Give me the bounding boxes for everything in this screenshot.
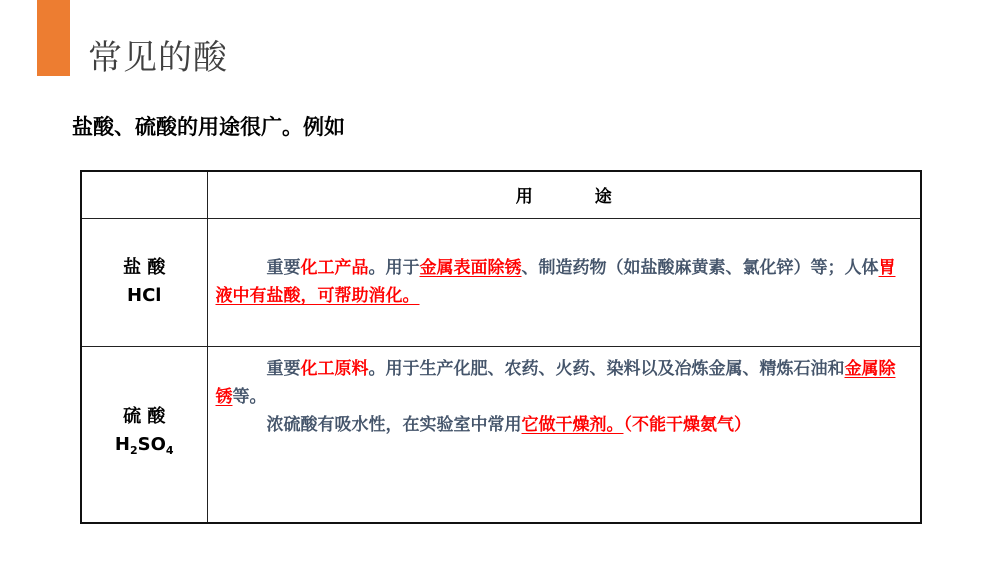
acid-uses-cell-hcl: 重要化工产品。用于金属表面除锈、制造药物（如盐酸麻黄素、氯化锌）等；人体胃液中有…	[207, 218, 921, 346]
use-paragraph-1: 重要化工原料。用于生产化肥、农药、火药、染料以及冶炼金属、精炼石油和金属除锈等。	[216, 355, 913, 411]
acid-uses-table: 用途 盐 酸 HCl 重要化工产品。用于金属表面除锈、制造药物（如盐酸麻黄素、氯…	[80, 170, 922, 524]
title-accent-bar	[37, 0, 70, 76]
use-highlight-underlined: 金属表面除锈	[420, 258, 522, 278]
acid-name-cell-h2so4: 硫 酸 H2SO4	[81, 346, 207, 523]
acid-formula: HCl	[82, 282, 207, 310]
formula-subscript: 2	[130, 444, 138, 457]
formula-part: SO	[138, 434, 166, 455]
formula-subscript: 4	[166, 444, 174, 457]
acid-name-cell-hcl: 盐 酸 HCl	[81, 218, 207, 346]
slide-title: 常见的酸	[88, 36, 228, 80]
header-empty-cell	[81, 171, 207, 218]
use-paragraph-2: 浓硫酸有吸水性，在实验室中常用它做干燥剂。（不能干燥氨气）	[216, 411, 913, 439]
use-text: 等。	[233, 387, 267, 407]
acid-uses-cell-h2so4: 重要化工原料。用于生产化肥、农药、火药、染料以及冶炼金属、精炼石油和金属除锈等。…	[207, 346, 921, 523]
use-text: 。用于	[369, 258, 420, 278]
table-row-h2so4: 硫 酸 H2SO4 重要化工原料。用于生产化肥、农药、火药、染料以及冶炼金属、精…	[81, 346, 921, 523]
header-uses-char2: 途	[595, 182, 612, 207]
header-uses-char1: 用	[516, 182, 533, 207]
use-text: 。用于生产化肥、农药、火药、染料以及冶炼金属、精炼石油和	[369, 359, 845, 379]
slide-subtitle: 盐酸、硫酸的用途很广。例如	[72, 113, 345, 141]
table-row-hcl: 盐 酸 HCl 重要化工产品。用于金属表面除锈、制造药物（如盐酸麻黄素、氯化锌）…	[81, 218, 921, 346]
use-highlight: 化工产品	[301, 258, 369, 278]
acid-formula: H2SO4	[82, 431, 207, 465]
use-highlight: 化工原料	[301, 359, 369, 379]
use-text: 、制造药物（如盐酸麻黄素、氯化锌）等；人体	[522, 258, 879, 278]
use-text: 重要	[267, 258, 301, 278]
formula-part: H	[115, 434, 130, 455]
use-highlight: （不能干燥氨气）	[624, 415, 752, 435]
use-text: 浓硫酸有吸水性，在实验室中常用	[267, 415, 522, 435]
acid-name: 硫 酸	[82, 403, 207, 431]
header-uses-cell: 用途	[207, 171, 921, 218]
table-header-row: 用途	[81, 171, 921, 218]
use-text: 重要	[267, 359, 301, 379]
acid-name: 盐 酸	[82, 254, 207, 282]
use-highlight-underlined: 它做干燥剂。	[522, 415, 624, 435]
